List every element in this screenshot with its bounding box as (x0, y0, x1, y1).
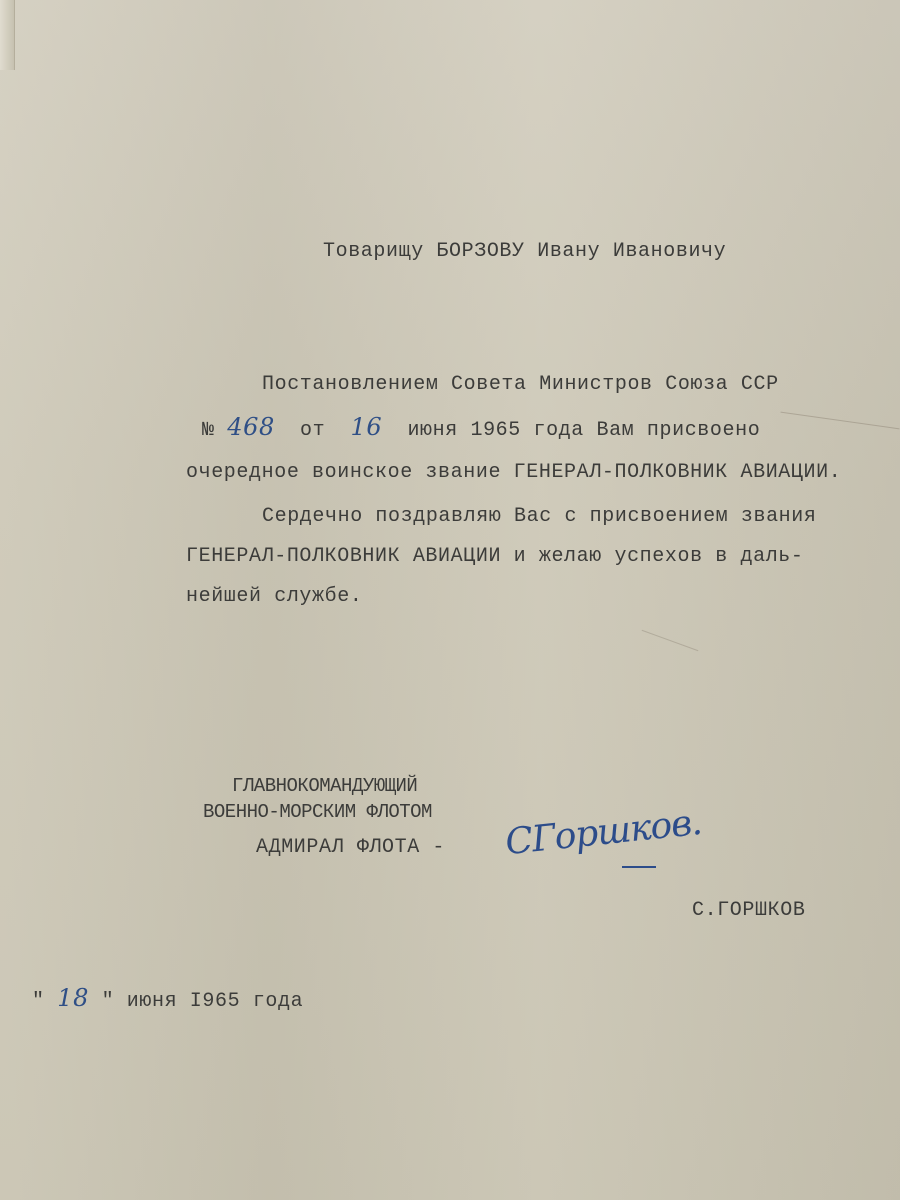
paper-corner (0, 0, 15, 70)
decree-day: 16 (350, 413, 382, 441)
handwritten-signature: СГоршков. (503, 802, 703, 863)
addressee: Товарищу БОРЗОВУ Ивану Ивановичу (323, 240, 726, 263)
decree-number: 468 (227, 413, 275, 441)
body-line-6: нейшей службе. (186, 585, 362, 608)
body-line-4: Сердечно поздравляю Вас с присвоением зв… (262, 505, 817, 528)
date-day: 18 (57, 984, 89, 1012)
date-close-quote: " (102, 990, 115, 1013)
body-line-2: № 468 от 16 июня 1965 года Вам присвоено (202, 413, 760, 442)
date-rest: июня I965 года (127, 990, 303, 1013)
body-line-1: Постановлением Совета Министров Союза СС… (262, 373, 779, 396)
number-sign: № (202, 419, 215, 442)
signatory-title-3: АДМИРАЛ ФЛОТА - (256, 836, 445, 859)
body-line-5: ГЕНЕРАЛ-ПОЛКОВНИК АВИАЦИИ и желаю успехо… (186, 545, 804, 568)
document-date: " 18 " июня I965 года (32, 984, 303, 1013)
paper-crease (642, 630, 699, 651)
ot-word: от (300, 419, 325, 442)
body-line-3: очередное воинское звание ГЕНЕРАЛ-ПОЛКОВ… (186, 461, 841, 484)
date-open-quote: " (32, 990, 45, 1013)
signatory-title-1: ГЛАВНОКОМАНДУЮЩИЙ (232, 775, 417, 797)
signatory-title-2: ВОЕННО-МОРСКИМ ФЛОТОМ (203, 801, 432, 823)
paper-crease (781, 412, 900, 430)
signature-underline (622, 866, 656, 868)
body-line-2-rest: июня 1965 года Вам присвоено (407, 419, 760, 442)
signatory-name: С.ГОРШКОВ (692, 899, 805, 922)
